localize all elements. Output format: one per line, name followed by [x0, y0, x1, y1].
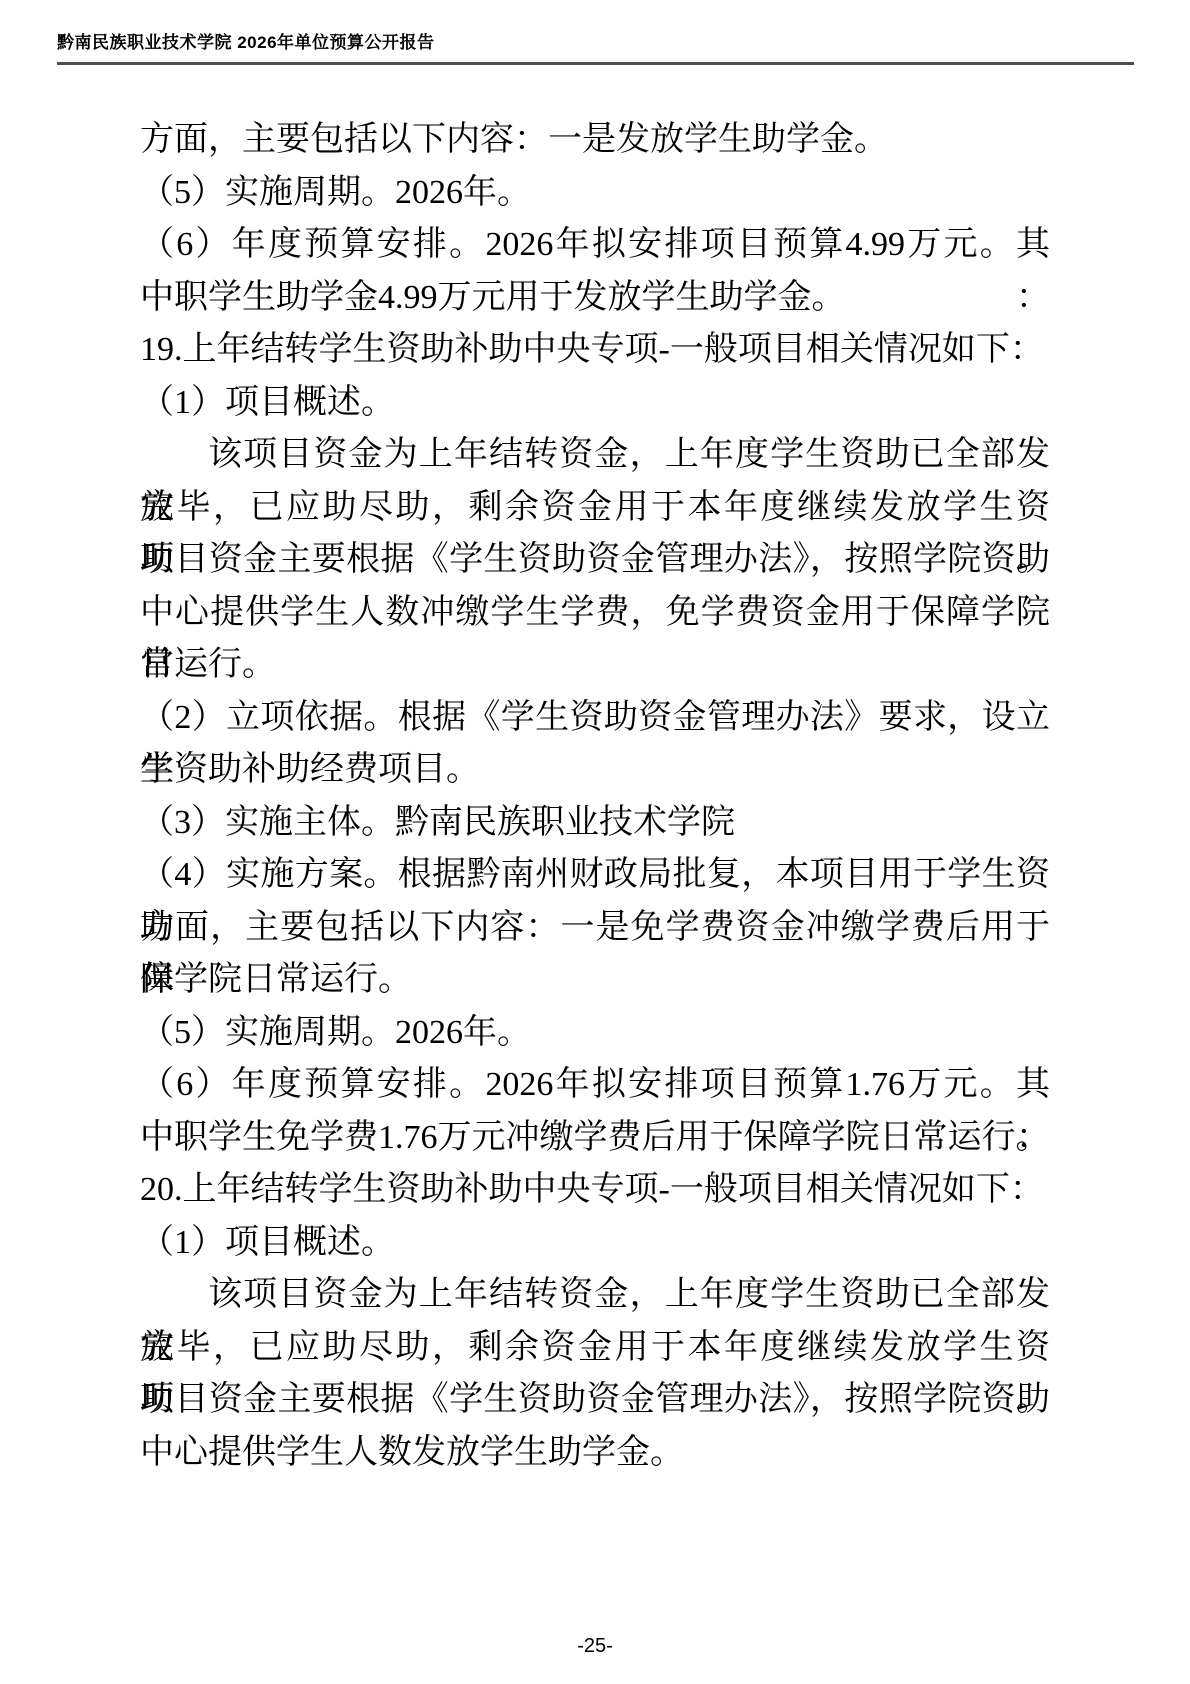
body-line: （1）项目概述。 [140, 1217, 1050, 1270]
body-line: （6）年度预算安排。2026年拟安排项目预算1.76万元。其中： [140, 1059, 1050, 1112]
page-header: 黔南民族职业技术学院 2026年单位预算公开报告 [57, 28, 1134, 65]
document-page: 黔南民族职业技术学院 2026年单位预算公开报告 方面，主要包括以下内容：一是发… [0, 0, 1190, 1684]
body-line: 该项目资金为上年结转资金，上年度学生资助已全部发放 [140, 429, 1050, 482]
body-line: 完毕，已应助尽助，剩余资金用于本年度继续发放学生资助。 [140, 1322, 1050, 1375]
body-line: 19.上年结转学生资助补助中央专项-一般项目相关情况如下： [140, 324, 1050, 377]
body-line: （5）实施周期。2026年。 [140, 1007, 1050, 1060]
body-line: 方面，主要包括以下内容：一是免学费资金冲缴学费后用于保 [140, 902, 1050, 955]
body-line: 完毕，已应助尽助，剩余资金用于本年度继续发放学生资助。 [140, 482, 1050, 535]
page-number: -25- [577, 1635, 613, 1657]
page-footer: -25- [0, 1635, 1190, 1658]
body-line: 方面，主要包括以下内容：一是发放学生助学金。 [140, 114, 1050, 167]
body-line: 该项目资金为上年结转资金，上年度学生资助已全部发放 [140, 1269, 1050, 1322]
body-line: （1）项目概述。 [140, 377, 1050, 430]
body-line: （4）实施方案。根据黔南州财政局批复，本项目用于学生资助 [140, 849, 1050, 902]
body-line: （6）年度预算安排。2026年拟安排项目预算4.99万元。其中： [140, 219, 1050, 272]
header-title: 黔南民族职业技术学院 2026年单位预算公开报告 [57, 33, 435, 52]
body-line: 20.上年结转学生资助补助中央专项-一般项目相关情况如下： [140, 1164, 1050, 1217]
body-line: 生资助补助经费项目。 [140, 744, 1050, 797]
body-line: 项目资金主要根据《学生资助资金管理办法》，按照学院资助 [140, 534, 1050, 587]
body-line: （5）实施周期。2026年。 [140, 167, 1050, 220]
body-line: 项目资金主要根据《学生资助资金管理办法》，按照学院资助 [140, 1374, 1050, 1427]
body-line: 中职学生免学费1.76万元冲缴学费后用于保障学院日常运行。 [140, 1112, 1050, 1165]
body-line: （2）立项依据。根据《学生资助资金管理办法》要求，设立学 [140, 692, 1050, 745]
body-line: 常运行。 [140, 639, 1050, 692]
document-body: 方面，主要包括以下内容：一是发放学生助学金。 （5）实施周期。2026年。 （6… [140, 114, 1050, 1479]
body-line: 中心提供学生人数冲缴学生学费，免学费资金用于保障学院日 [140, 587, 1050, 640]
body-line: 中心提供学生人数发放学生助学金。 [140, 1427, 1050, 1480]
body-line: 障学院日常运行。 [140, 954, 1050, 1007]
body-line: （3）实施主体。黔南民族职业技术学院 [140, 797, 1050, 850]
